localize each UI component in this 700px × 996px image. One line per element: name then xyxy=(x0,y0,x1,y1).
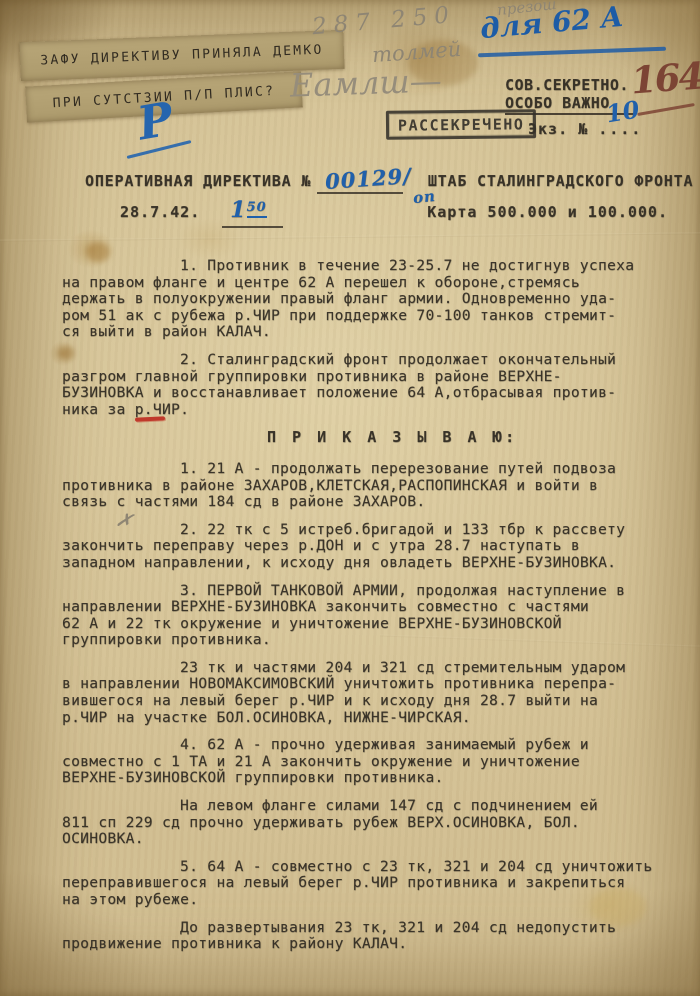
order-item-5: 5. 64 А - совместно с 23 тк, 321 и 204 с… xyxy=(62,859,668,909)
map-scale-label: Карта 500.000 и 100.000. xyxy=(427,203,668,221)
pencil-numbers-annotation: 287 250 xyxy=(311,2,457,40)
number-underline xyxy=(317,192,403,194)
tape-note-line1: ЗАФУ ДИРЕКТИВУ ПРИНЯЛА ДЕМКО xyxy=(40,43,324,69)
document-page: ЗАФУ ДИРЕКТИВУ ПРИНЯЛА ДЕМКО ПРИ СУТСТЗИ… xyxy=(0,0,700,996)
paper-crease xyxy=(0,232,700,241)
handwritten-time: 150 xyxy=(222,197,282,228)
directive-body: 1. Противник в течение 23-25.7 не достиг… xyxy=(62,258,668,964)
dateline-row: 28.7.42. 150 Карта 500.000 и 100.000. xyxy=(120,197,668,228)
brown-ink-slash xyxy=(637,103,695,116)
handwritten-copy-number: 10 xyxy=(604,95,642,129)
handwritten-directive-number: 00129/ xyxy=(324,163,412,194)
copy-label: Экз. № xyxy=(528,120,588,138)
order-item-4-continued: На левом фланге силами 147 сд с подчинен… xyxy=(62,798,668,848)
order-item-4: 4. 62 А - прочно удерживая занимаемый ру… xyxy=(62,737,668,787)
handwritten-time-hour: 1 xyxy=(230,197,246,223)
order-item-2: 2. 22 тк с 5 истреб.бригадой и 133 тбр к… xyxy=(62,522,668,572)
order-item-3: 3. ПЕРВОЙ ТАНКОВОЙ АРМИИ, продолжая наст… xyxy=(62,583,668,649)
directive-title-row: ОПЕРАТИВНАЯ ДИРЕКТИВА № 00129/ оп ШТАБ С… xyxy=(85,166,670,191)
blue-ink-underline xyxy=(478,47,666,57)
order-heading: П Р И К А З Ы В А Ю: xyxy=(267,429,668,446)
handwritten-time-minutes: 50 xyxy=(247,200,267,218)
order-item-3-continued: 23 тк и частями 204 и 321 сд стремительн… xyxy=(62,660,668,726)
order-item-1: 1. 21 А - продолжать перерезование путей… xyxy=(62,461,668,511)
pencil-signature: Еамлш— xyxy=(289,61,442,104)
directive-title-left: ОПЕРАТИВНАЯ ДИРЕКТИВА № xyxy=(85,172,311,190)
declassified-stamp: РАССЕКРЕЧЕНО xyxy=(386,109,537,140)
directive-number-group: 00129/ оп xyxy=(319,166,418,191)
classification-line1: СОВ.СЕКРЕТНО. xyxy=(505,76,635,94)
order-item-5-continued: До развертывания 23 тк, 321 и 204 сд нед… xyxy=(62,920,668,953)
paragraph-enemy-situation: 1. Противник в течение 23-25.7 не достиг… xyxy=(62,258,668,341)
paragraph-front-mission: 2. Сталинградский фронт продолжает оконч… xyxy=(62,352,668,418)
directive-title-right: ШТАБ СТАЛИНГРАДСКОГО ФРОНТА xyxy=(428,172,693,190)
handwritten-page-number: 164 xyxy=(630,54,700,103)
directive-date: 28.7.42. xyxy=(120,203,200,221)
